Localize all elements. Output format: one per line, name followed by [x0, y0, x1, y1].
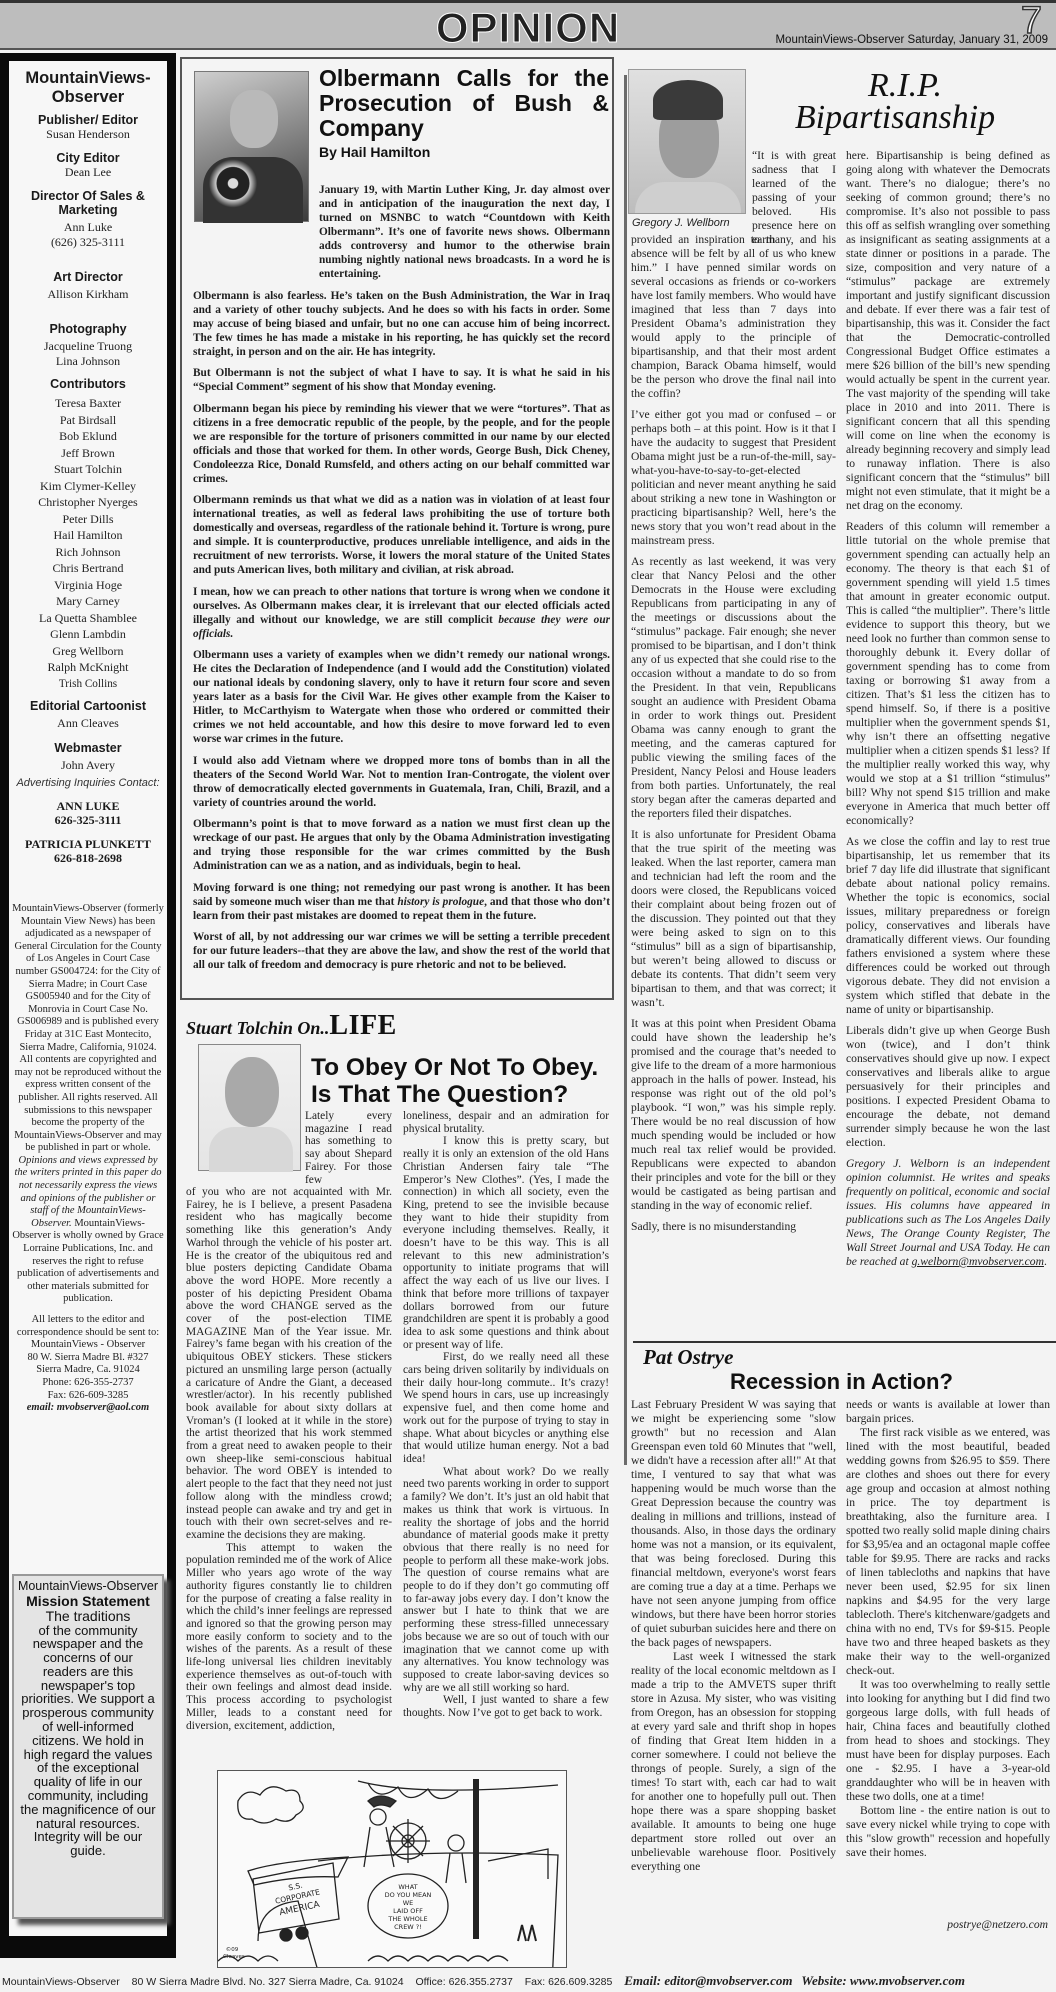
contact-phone: 626-818-2698 — [9, 851, 167, 865]
paragraph: First, do we really need all these cars … — [403, 1351, 609, 1465]
paragraph: here. Bipartisanship is being defined as… — [846, 149, 1050, 513]
paper-name: MountainViews-Observer — [9, 69, 167, 107]
article-headline: To Obey Or Not To Obey. Is That The Ques… — [311, 1054, 611, 1108]
dateline: MountainViews-Observer Saturday, January… — [775, 34, 1048, 46]
footer-paper: MountainViews-Observer — [2, 1976, 120, 1988]
article-column: of you who are not acquainted with Mr. F… — [186, 1186, 392, 1732]
article-column: Lately every magazine I read has somethi… — [305, 1110, 392, 1186]
photo-caption: Gregory J. Wellborn — [632, 217, 730, 229]
photo-hair-shape — [653, 80, 723, 120]
cartoon-speech-line: DO YOU MEAN — [385, 1891, 432, 1899]
contributor: Peter Dills — [9, 511, 167, 528]
staff-name: Allison Kirkham — [9, 287, 167, 302]
paragraph: Olbermann’s point is that to move forwar… — [193, 817, 610, 873]
bio-text: Gregory J. Welborn is an independent opi… — [846, 1157, 1050, 1268]
paragraph: But Olbermann is not the subject of what… — [193, 366, 610, 394]
footer-website[interactable]: Website: www.mvobserver.com — [801, 1973, 965, 1988]
advertising-label: Advertising Inquiries Contact: — [9, 777, 167, 789]
contributor: Pat Birdsall — [9, 412, 167, 429]
paragraph: of you who are not acquainted with Mr. F… — [186, 1186, 392, 1542]
address-line: MountainViews - Observer — [12, 1339, 164, 1352]
cartoonist-name: Ann Cleaves — [9, 716, 167, 731]
section-divider — [633, 1341, 1056, 1343]
contributor: Rich Johnson — [9, 544, 167, 561]
cartoon-speech-line: WE — [403, 1899, 414, 1907]
advertising-contact: PATRICIA PLUNKETT 626-818-2698 — [9, 837, 167, 865]
paragraph: Olbermann began his piece by reminding h… — [193, 402, 610, 486]
contact-name: ANN LUKE — [9, 799, 167, 813]
paragraph: It was too overwhelming to really settle… — [846, 1678, 1050, 1804]
paragraph: Bottom line - the entire nation is out t… — [846, 1804, 1050, 1860]
letters-info: All letters to the editor and correspond… — [9, 1314, 167, 1415]
photo-head-shape — [225, 1057, 279, 1127]
paragraph: I’ve either got you mad or confused – or… — [631, 408, 836, 548]
column-kicker: Pat Ostrye — [643, 1345, 733, 1370]
cartoonist-heading: Editorial Cartoonist — [9, 699, 167, 713]
article-headline: R.I.P. Bipartisanship — [790, 70, 1020, 134]
staff-sidebar: MountainViews-Observer Publisher/ Editor… — [0, 53, 176, 1958]
staff-role: Photography — [9, 322, 167, 336]
paragraph: Readers of this column will remember a l… — [846, 520, 1050, 828]
paragraph: January 19, with Martin Luther King, Jr.… — [319, 183, 610, 281]
kicker-life: LIFE — [329, 1010, 396, 1041]
paragraph-emphasis: history is prologue — [397, 896, 484, 908]
article-body: January 19, with Martin Luther King, Jr.… — [193, 183, 610, 980]
contributor: Bob Eklund — [9, 428, 167, 445]
article-column: Last February President W was saying tha… — [631, 1398, 836, 1874]
staff-box: MountainViews-Observer Publisher/ Editor… — [9, 61, 167, 1936]
advertising-contact: ANN LUKE 626-325-3111 — [9, 799, 167, 827]
address-line: Phone: 626-355-2737 — [12, 1377, 164, 1390]
contributors-heading: Contributors — [9, 377, 167, 391]
sidebar-email[interactable]: email: mvobserver@aol.com — [12, 1402, 164, 1415]
paragraph: provided an inspiration to many, and his… — [631, 233, 836, 401]
address-line: Fax: 626-609-3285 — [12, 1390, 164, 1403]
staff-name: Lina Johnson — [9, 354, 167, 369]
olbermann-article: Olbermann Calls for the Prosecution of B… — [180, 57, 614, 1000]
cartoon-speech-line: CREW ?! — [394, 1923, 422, 1931]
staff-name: Ann Luke — [9, 220, 167, 235]
contributor: Glenn Lambdin — [9, 626, 167, 643]
legal-notice: MountainViews-Observer (formerly Mountai… — [9, 903, 167, 1306]
column-rule — [624, 75, 627, 1465]
kicker-text: Stuart Tolchin On.. — [186, 1018, 329, 1038]
contributor: Trish Collins — [9, 676, 167, 693]
staff-role: Publisher/ Editor — [9, 113, 167, 127]
paragraph: What about work? Do we really need two p… — [403, 1466, 609, 1695]
legal-ownership: MountainViews-Observer is wholly owned b… — [12, 1218, 163, 1305]
contact-name: PATRICIA PLUNKETT — [9, 837, 167, 851]
staff-phone: (626) 325-3111 — [9, 235, 167, 250]
article-column: here. Bipartisanship is being defined as… — [846, 149, 1050, 1276]
footer-fax: Fax: 626.609.3285 — [525, 1976, 613, 1988]
footer-office: Office: 626.355.2737 — [416, 1976, 513, 1988]
paragraph: I know this is pretty scary, but really … — [403, 1135, 609, 1351]
headline-line: Bipartisanship — [770, 102, 1020, 134]
contributor: Kim Clymer-Kelley — [9, 478, 167, 495]
letters-intro: All letters to the editor and correspond… — [12, 1314, 164, 1339]
photo-shirt-shape — [209, 1127, 293, 1172]
footer-address: 80 W Sierra Madre Blvd. No. 327 Sierra M… — [132, 1976, 404, 1988]
staff-role: City Editor — [9, 151, 167, 165]
cartoon-speech-line: LAID OFF — [393, 1907, 423, 1915]
paragraph: I mean, how we can preach to other natio… — [193, 585, 610, 641]
masthead: OPINION 7 MountainViews-Observer Saturda… — [0, 0, 1056, 50]
paragraph: As we close the coffin and lay to rest t… — [846, 835, 1050, 1017]
contributor: Greg Wellborn — [9, 643, 167, 660]
staff-name: Dean Lee — [9, 165, 167, 180]
contributor: Virginia Hoge — [9, 577, 167, 594]
paragraph: Moving forward is one thing; not remedyi… — [193, 881, 610, 923]
staff-role: Art Director — [9, 270, 167, 284]
paragraph: Olbermann is also fearless. He’s taken o… — [193, 289, 610, 359]
author-photo-gregory-wellborn — [628, 69, 746, 214]
paragraph: As recently as last weekend, it was very… — [631, 555, 836, 821]
author-bio: Gregory J. Welborn is an independent opi… — [846, 1157, 1050, 1269]
contributor: Jeff Brown — [9, 445, 167, 462]
contributor: Hail Hamilton — [9, 527, 167, 544]
cartoon-speech-line: THE WHOLE — [387, 1915, 427, 1923]
staff-name: Susan Henderson — [9, 127, 167, 142]
paragraph: Last week I witnessed the stark reality … — [631, 1650, 836, 1874]
mission-subtitle: The traditions — [14, 1609, 162, 1624]
author-photo-stuart-tolchin — [198, 1044, 301, 1171]
paragraph: Lately every magazine I read has somethi… — [305, 1110, 392, 1186]
article-column: provided an inspiration to many, and his… — [631, 233, 836, 1241]
contributor: La Quetta Shamblee — [9, 610, 167, 627]
contributor: Ralph McKnight — [9, 659, 167, 676]
contact-phone: 626-325-3111 — [9, 813, 167, 827]
paragraph: Last February President W was saying tha… — [631, 1398, 836, 1650]
paragraph: It was at this point when President Obam… — [631, 1017, 836, 1213]
cartoon-signature: ©09 — [226, 1946, 239, 1953]
photo-shirt-shape — [635, 182, 741, 214]
contributor: Teresa Baxter — [9, 395, 167, 412]
contributor: Chris Bertrand — [9, 560, 167, 577]
mission-paper-name: MountainViews-Observer — [14, 1580, 162, 1594]
paragraph: Worst of all, by not addressing our war … — [193, 930, 610, 972]
cartoon-speech-line: WHAT — [398, 1883, 417, 1891]
paragraph: This attempt to waken the population rem… — [186, 1542, 392, 1733]
article-headline: Olbermann Calls for the Prosecution of B… — [319, 66, 609, 141]
author-email-link[interactable]: g.welborn@mvobserver.com — [912, 1255, 1044, 1268]
photo-head-shape — [230, 90, 278, 148]
paragraph: Sadly, there is no misunderstanding — [631, 1220, 836, 1234]
contributor: Christopher Nyerges — [9, 494, 167, 511]
contributor: Mary Carney — [9, 593, 167, 610]
address-line: Sierra Madre, Ca. 91024 — [12, 1364, 164, 1377]
column-kicker: Stuart Tolchin On..LIFE — [186, 1010, 397, 1042]
article-column: needs or wants is available at lower tha… — [846, 1398, 1050, 1860]
page-footer: MountainViews-Observer 80 W Sierra Madre… — [0, 1970, 1056, 1992]
footer-email[interactable]: Email: editor@mvobserver.com — [624, 1973, 792, 1988]
editorial-cartoon: S.S. CORPORATE AMERICA WHAT DO YOU MEAN … — [217, 1770, 567, 1968]
cartoon-signature: Cleaves — [223, 1954, 245, 1960]
paragraph: It is also unfortunate for President Oba… — [631, 828, 836, 1010]
paragraph: needs or wants is available at lower tha… — [846, 1398, 1050, 1426]
mission-title: Mission Statement — [14, 1594, 162, 1609]
cartoon-drawing: S.S. CORPORATE AMERICA WHAT DO YOU MEAN … — [218, 1771, 567, 1968]
article-column: loneliness, despair and an admiration fo… — [403, 1110, 609, 1720]
contributor: Stuart Tolchin — [9, 461, 167, 478]
contributors-list: Teresa Baxter Pat Birdsall Bob Eklund Je… — [9, 395, 167, 692]
webmaster-name: John Avery — [9, 758, 167, 773]
paragraph: Liberals didn’t give up when George Bush… — [846, 1024, 1050, 1150]
paragraph: The first rack visible as we entered, wa… — [846, 1426, 1050, 1678]
address-line: 80 W. Sierra Madre Bl. #327 — [12, 1352, 164, 1365]
paragraph: I would also add Vietnam where we droppe… — [193, 754, 610, 810]
mission-body: of the community newspaper and the conce… — [14, 1624, 162, 1859]
legal-text: MountainViews-Observer (formerly Mountai… — [12, 903, 164, 1153]
webmaster-heading: Webmaster — [9, 741, 167, 755]
paragraph: loneliness, despair and an admiration fo… — [403, 1110, 609, 1135]
paragraph: Well, I just wanted to share a few thoug… — [403, 1694, 609, 1719]
author-email-link[interactable]: postrye@netzero.com — [947, 1918, 1048, 1931]
article-byline: By Hail Hamilton — [319, 144, 430, 160]
mission-statement-box: MountainViews-Observer Mission Statement… — [12, 1574, 164, 1919]
paragraph: Olbermann reminds us that what we did as… — [193, 493, 610, 577]
article-headline: Recession in Action? — [730, 1369, 953, 1395]
staff-role: Director Of Sales & Marketing — [9, 189, 167, 217]
staff-name: Jacqueline Truong — [9, 339, 167, 354]
paragraph: Olbermann uses a variety of examples whe… — [193, 648, 610, 746]
